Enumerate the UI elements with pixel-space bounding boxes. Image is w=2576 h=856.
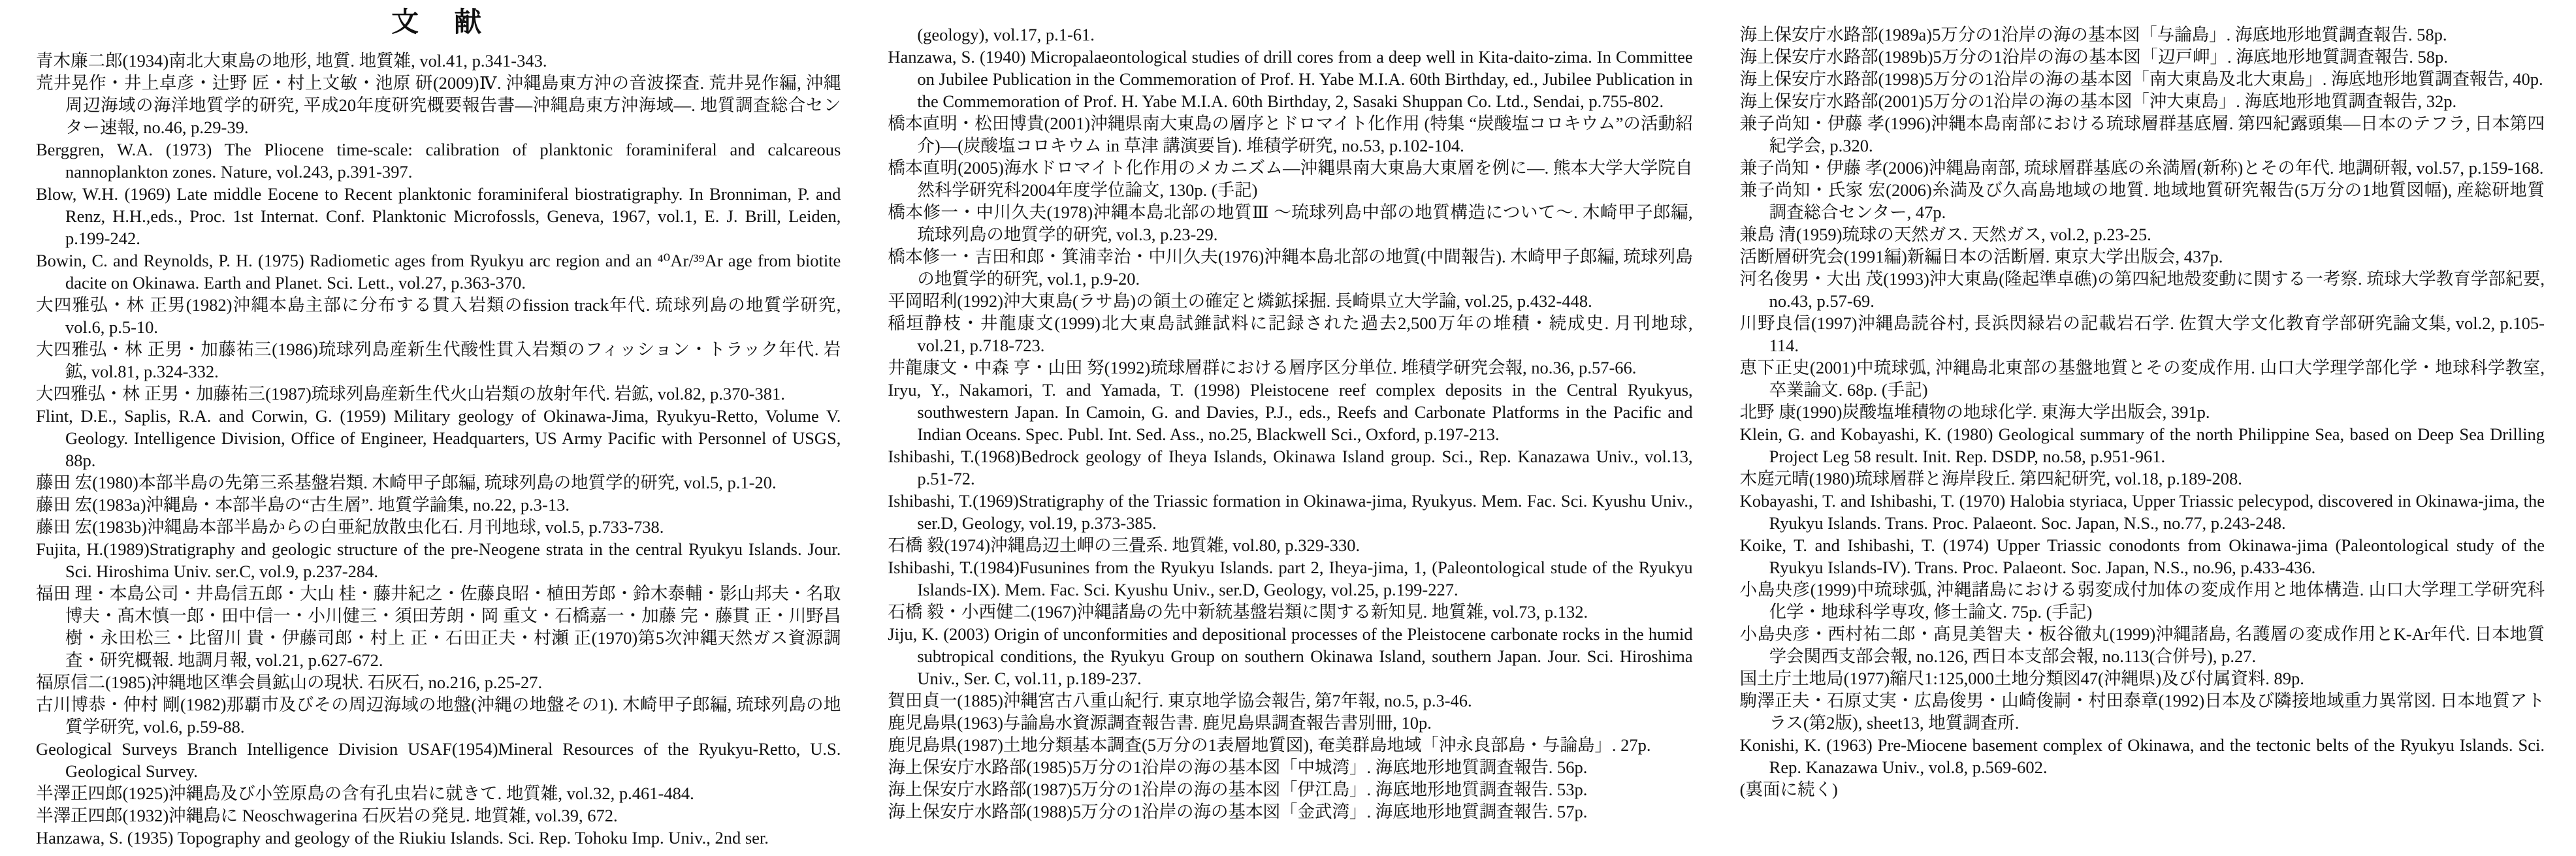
reference-entry: 半澤正四郎(1932)沖縄島に Neoschwagerina 石灰岩の発見. 地…	[36, 804, 841, 827]
reference-entry: 大四雅弘・林 正男(1982)沖縄本島主部に分布する貫入岩類のfission t…	[36, 294, 841, 338]
reference-entry: Jiju, K. (2003) Origin of unconformities…	[888, 623, 1692, 690]
reference-entry: 橋本直明・松田博貴(2001)沖縄県南大東島の層序とドロマイト化作用 (特集 “…	[888, 112, 1692, 157]
page-title: 文 献	[36, 4, 841, 42]
reference-entry: 半澤正四郎(1925)沖縄島及び小笠原島の含有孔虫岩に就きて. 地質雑, vol…	[36, 782, 841, 804]
reference-entry: 稲垣静枝・井龍康文(1999)北大東島試錐試料に記録された過去2,500万年の堆…	[888, 312, 1692, 357]
reference-entry: 海上保安庁水路部(1998)5万分の1沿岸の海の基本図「南大東島及北大東島」. …	[1740, 68, 2545, 90]
reference-entry: 平岡昭利(1992)沖大東島(ラサ島)の領土の確定と燐鉱採掘. 長崎県立大学論,…	[888, 290, 1692, 312]
reference-entry: 活断層研究会(1991編)新編日本の活断層. 東京大学出版会, 437p.	[1740, 246, 2545, 268]
reference-entry: 井龍康文・中森 亨・山田 努(1992)琉球層群における層序区分単位. 堆積学研…	[888, 357, 1692, 379]
reference-list-3: 海上保安庁水路部(1989a)5万分の1沿岸の海の基本図「与論島」. 海底地形地…	[1740, 24, 2545, 778]
reference-entry: Koike, T. and Ishibashi, T. (1974) Upper…	[1740, 534, 2545, 579]
reference-entry: 河名俊男・大出 茂(1993)沖大東島(隆起準卓礁)の第四紀地殻変動に関する一考…	[1740, 268, 2545, 312]
reference-entry: Konishi, K. (1963) Pre-Miocene basement …	[1740, 734, 2545, 778]
reference-entry: 賀田貞一(1885)沖縄宮古八重山紀行. 東京地学協会報告, 第7年報, no.…	[888, 690, 1692, 712]
reference-entry: 駒澤正夫・石原丈実・広島俊男・山崎俊嗣・村田泰章(1992)日本及び隣接地域重力…	[1740, 690, 2545, 734]
reference-entry: 恵下正史(2001)中琉球弧, 沖縄島北東部の基盤地質とその変成作用. 山口大学…	[1740, 357, 2545, 401]
reference-entry: 大四雅弘・林 正男・加藤祐三(1987)琉球列島産新生代火山岩類の放射年代. 岩…	[36, 383, 841, 405]
reference-entry: 荒井晃作・井上卓彦・辻野 匠・村上文敏・池原 研(2009)Ⅳ. 沖縄島東方沖の…	[36, 72, 841, 138]
reference-entry: 古川博恭・仲村 剛(1982)那覇市及びその周辺海域の地盤(沖縄の地盤その1).…	[36, 693, 841, 738]
reference-list-1: 青木廉二郎(1934)南北大東島の地形, 地質. 地質雑, vol.41, p.…	[36, 50, 841, 849]
reference-entry: 藤田 宏(1983a)沖縄島・本部半島の“古生層”. 地質学論集, no.22,…	[36, 494, 841, 516]
reference-entry: 兼子尚知・伊藤 孝(2006)沖縄島南部, 琉球層群基底の糸満層(新称)とその年…	[1740, 157, 2545, 179]
reference-entry: 国土庁土地局(1977)縮尺1:125,000土地分類図47(沖縄県)及び付属資…	[1740, 667, 2545, 690]
reference-entry: Hanzawa, S. (1940) Micropalaeontological…	[888, 46, 1692, 112]
reference-entry: 藤田 宏(1980)本部半島の先第三系基盤岩類. 木崎甲子郎編, 琉球列島の地質…	[36, 471, 841, 494]
reference-entry: Fujita, H.(1989)Stratigraphy and geologi…	[36, 538, 841, 582]
reference-entry: 鹿児島県(1963)与論島水資源調査報告書. 鹿児島県調査報告書別冊, 10p.	[888, 712, 1692, 734]
references-page: 文 献 青木廉二郎(1934)南北大東島の地形, 地質. 地質雑, vol.41…	[0, 0, 2576, 856]
reference-entry: 兼子尚知・伊藤 孝(1996)沖縄本島南部における琉球層群基底層. 第四紀露頭集…	[1740, 112, 2545, 157]
reference-entry: 石橋 毅・小西健二(1967)沖縄諸島の先中新統基盤岩類に関する新知見. 地質雑…	[888, 601, 1692, 623]
reference-entry: 海上保安庁水路部(1989b)5万分の1沿岸の海の基本図「辺戸岬」. 海底地形地…	[1740, 46, 2545, 68]
reference-list-2: (geology), vol.17, p.1-61.Hanzawa, S. (1…	[888, 24, 1692, 823]
reference-entry: Ishibashi, T.(1969)Stratigraphy of the T…	[888, 490, 1692, 534]
reference-entry: (geology), vol.17, p.1-61.	[888, 24, 1692, 46]
reference-entry: 小島央彦・西村祐二郎・髙見美智夫・板谷徹丸(1999)沖縄諸島, 名護層の変成作…	[1740, 623, 2545, 667]
reference-entry: Ishibashi, T.(1968)Bedrock geology of Ih…	[888, 445, 1692, 490]
reference-entry: 海上保安庁水路部(1985)5万分の1沿岸の海の基本図「中城湾」. 海底地形地質…	[888, 756, 1692, 778]
reference-entry: 藤田 宏(1983b)沖縄島本部半島からの白亜紀放散虫化石. 月刊地球, vol…	[36, 516, 841, 538]
reference-entry: 海上保安庁水路部(1988)5万分の1沿岸の海の基本図「金武湾」. 海底地形地質…	[888, 801, 1692, 823]
reference-entry: Berggren, W.A. (1973) The Pliocene time-…	[36, 138, 841, 183]
continued-on-back-note: (裏面に続く)	[1740, 778, 2545, 801]
reference-entry: 福原信二(1985)沖縄地区準会員鉱山の現状. 石灰石, no.216, p.2…	[36, 671, 841, 693]
reference-entry: Iryu, Y., Nakamori, T. and Yamada, T. (1…	[888, 379, 1692, 445]
reference-entry: 兼島 清(1959)琉球の天然ガス. 天然ガス, vol.2, p.23-25.	[1740, 223, 2545, 246]
reference-entry: Ishibashi, T.(1984)Fusunines from the Ry…	[888, 556, 1692, 601]
reference-entry: 北野 康(1990)炭酸塩堆積物の地球化学. 東海大学出版会, 391p.	[1740, 401, 2545, 423]
reference-entry: Flint, D.E., Saplis, R.A. and Corwin, G.…	[36, 405, 841, 471]
reference-entry: 橋本修一・吉田和郎・箕浦幸治・中川久夫(1976)沖縄本島北部の地質(中間報告)…	[888, 246, 1692, 290]
reference-entry: Bowin, C. and Reynolds, P. H. (1975) Rad…	[36, 249, 841, 294]
reference-entry: Hanzawa, S. (1935) Topography and geolog…	[36, 827, 841, 849]
reference-entry: Kobayashi, T. and Ishibashi, T. (1970) H…	[1740, 490, 2545, 534]
references-column-3: 海上保安庁水路部(1989a)5万分の1沿岸の海の基本図「与論島」. 海底地形地…	[1740, 4, 2545, 856]
reference-entry: 海上保安庁水路部(1989a)5万分の1沿岸の海の基本図「与論島」. 海底地形地…	[1740, 24, 2545, 46]
reference-entry: 大四雅弘・林 正男・加藤祐三(1986)琉球列島産新生代酸性貫入岩類のフィッショ…	[36, 338, 841, 383]
reference-entry: Klein, G. and Kobayashi, K. (1980) Geolo…	[1740, 423, 2545, 468]
references-column-2: (geology), vol.17, p.1-61.Hanzawa, S. (1…	[888, 4, 1692, 856]
reference-entry: 石橋 毅(1974)沖縄島辺土岬の三畳系. 地質雑, vol.80, p.329…	[888, 534, 1692, 556]
reference-entry: 木庭元晴(1980)琉球層群と海岸段丘. 第四紀研究, vol.18, p.18…	[1740, 468, 2545, 490]
reference-entry: 川野良信(1997)沖縄島読谷村, 長浜閃緑岩の記載岩石学. 佐賀大学文化教育学…	[1740, 312, 2545, 357]
reference-entry: 鹿児島県(1987)土地分類基本調査(5万分の1表層地質図), 奄美群島地域「沖…	[888, 734, 1692, 756]
reference-entry: 青木廉二郎(1934)南北大東島の地形, 地質. 地質雑, vol.41, p.…	[36, 50, 841, 72]
reference-entry: Geological Surveys Branch Intelligence D…	[36, 738, 841, 782]
references-column-1: 文 献 青木廉二郎(1934)南北大東島の地形, 地質. 地質雑, vol.41…	[36, 4, 841, 856]
reference-entry: 海上保安庁水路部(2001)5万分の1沿岸の海の基本図「沖大東島」. 海底地形地…	[1740, 90, 2545, 112]
reference-entry: 橋本修一・中川久夫(1978)沖縄本島北部の地質Ⅲ ～琉球列島中部の地質構造につ…	[888, 201, 1692, 246]
reference-entry: 橋本直明(2005)海水ドロマイト化作用のメカニズム—沖縄県南大東島大東層を例に…	[888, 157, 1692, 201]
reference-entry: 海上保安庁水路部(1987)5万分の1沿岸の海の基本図「伊江島」. 海底地形地質…	[888, 778, 1692, 801]
reference-entry: Blow, W.H. (1969) Late middle Eocene to …	[36, 183, 841, 249]
reference-entry: 福田 理・本島公司・井島信五郎・大山 桂・藤井紀之・佐藤良昭・植田芳郎・鈴木泰輔…	[36, 582, 841, 671]
reference-entry: 兼子尚知・氏家 宏(2006)糸満及び久高島地域の地質. 地域地質研究報告(5万…	[1740, 179, 2545, 223]
reference-entry: 小島央彦(1999)中琉球弧, 沖縄諸島における弱変成付加体の変成作用と地体構造…	[1740, 579, 2545, 623]
